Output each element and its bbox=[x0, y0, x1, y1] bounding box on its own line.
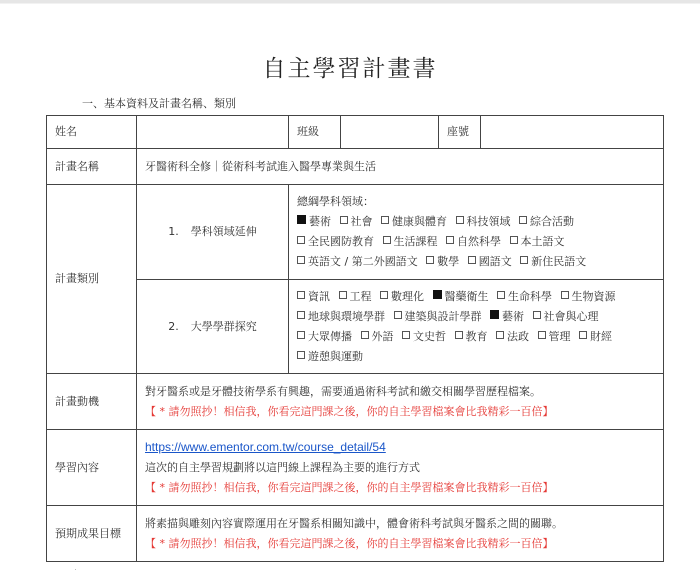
checkbox-option[interactable]: 生命科學 bbox=[497, 290, 552, 303]
checkbox-unchecked-icon[interactable] bbox=[519, 216, 527, 224]
options-line-1-3: 英語文 / 第二外國語文 數學 國語文 新住民語文 bbox=[297, 252, 655, 272]
checkbox-checked-icon[interactable] bbox=[297, 215, 306, 224]
checkbox-unchecked-icon[interactable] bbox=[426, 256, 434, 264]
plan-name-value[interactable]: 牙醫術科全修｜從術科考試進入醫學專業與生活 bbox=[137, 149, 664, 185]
checkbox-option[interactable]: 醫藥衛生 bbox=[433, 290, 489, 303]
plan-category-row-2: 2.大學學群探究 資訊 工程 數理化 醫藥衛生 生命科學 生物資源 地球與環境學… bbox=[47, 280, 664, 374]
checkbox-unchecked-icon[interactable] bbox=[383, 236, 391, 244]
checkbox-option[interactable]: 管理 bbox=[538, 330, 571, 343]
subject-domain-options: 總綱學科領域： 藝術 社會 健康與體育 科技領域 綜合活動 全民國防教育 生活課… bbox=[289, 185, 664, 280]
checkbox-option[interactable]: 生活課程 bbox=[383, 235, 438, 248]
checkbox-checked-icon[interactable] bbox=[433, 290, 442, 299]
checkbox-option[interactable]: 教育 bbox=[455, 330, 488, 343]
checkbox-unchecked-icon[interactable] bbox=[579, 331, 587, 339]
class-label: 班級 bbox=[289, 116, 341, 149]
motivation-row: 計畫動機 對牙醫系或是牙體技術學系有興趣，需要通過術科考試和繳交相關學習歷程檔案… bbox=[47, 374, 664, 430]
checkbox-option[interactable]: 綜合活動 bbox=[519, 215, 574, 228]
category-option-1: 1.學科領域延伸 bbox=[137, 185, 289, 280]
plan-category-label: 計畫類別 bbox=[47, 185, 137, 374]
expected-outcome-note: 【 * 請勿照抄！相信我，你看完這門課之後，你的自主學習檔案會比我精彩一百倍】 bbox=[145, 534, 655, 554]
checkbox-unchecked-icon[interactable] bbox=[446, 236, 454, 244]
checkbox-unchecked-icon[interactable] bbox=[381, 216, 389, 224]
checkbox-unchecked-icon[interactable] bbox=[297, 291, 305, 299]
checkbox-unchecked-icon[interactable] bbox=[533, 311, 541, 319]
checkbox-option[interactable]: 外語 bbox=[361, 330, 394, 343]
checkbox-checked-icon[interactable] bbox=[490, 310, 499, 319]
document-title: 自主學習計畫書 bbox=[0, 50, 700, 83]
checkbox-option[interactable]: 資訊 bbox=[297, 290, 330, 303]
checkbox-unchecked-icon[interactable] bbox=[394, 311, 402, 319]
learning-content-label: 學習內容 bbox=[47, 430, 137, 506]
checkbox-option[interactable]: 文史哲 bbox=[402, 330, 446, 343]
seat-field[interactable] bbox=[481, 116, 664, 149]
checkbox-unchecked-icon[interactable] bbox=[339, 291, 347, 299]
checkbox-option[interactable]: 全民國防教育 bbox=[297, 235, 374, 248]
checkbox-unchecked-icon[interactable] bbox=[496, 331, 504, 339]
category-option-name: 大學學群探究 bbox=[191, 320, 257, 333]
learning-content-row: 學習內容 https://www.ementor.com.tw/course_d… bbox=[47, 430, 664, 506]
checkbox-option[interactable]: 大眾傳播 bbox=[297, 330, 352, 343]
name-field[interactable] bbox=[137, 116, 289, 149]
checkbox-unchecked-icon[interactable] bbox=[340, 216, 348, 224]
plan-name-row: 計畫名稱 牙醫術科全修｜從術科考試進入醫學專業與生活 bbox=[47, 149, 664, 185]
learning-content-text: 這次的自主學習規劃將以這門線上課程為主要的進行方式 bbox=[145, 458, 655, 478]
options-line-1-1: 藝術 社會 健康與體育 科技領域 綜合活動 bbox=[297, 212, 655, 232]
checkbox-unchecked-icon[interactable] bbox=[380, 291, 388, 299]
options-line-2-4: 遊憩與運動 bbox=[297, 347, 655, 367]
checkbox-unchecked-icon[interactable] bbox=[456, 216, 464, 224]
checkbox-option[interactable]: 藝術 bbox=[297, 215, 331, 228]
checkbox-unchecked-icon[interactable] bbox=[520, 256, 528, 264]
checkbox-option[interactable]: 生物資源 bbox=[561, 290, 616, 303]
category-option-name: 學科領域延伸 bbox=[191, 225, 257, 238]
plan-form-table: 姓名 班級 座號 計畫名稱 牙醫術科全修｜從術科考試進入醫學專業與生活 計畫類別… bbox=[46, 115, 664, 562]
plan-category-row-1: 計畫類別 1.學科領域延伸 總綱學科領域： 藝術 社會 健康與體育 科技領域 綜… bbox=[47, 185, 664, 280]
motivation-cell[interactable]: 對牙醫系或是牙體技術學系有興趣，需要通過術科考試和繳交相關學習歷程檔案。 【 *… bbox=[137, 374, 664, 430]
checkbox-option[interactable]: 財經 bbox=[579, 330, 612, 343]
checkbox-option[interactable]: 數理化 bbox=[380, 290, 424, 303]
course-link[interactable]: https://www.ementor.com.tw/course_detail… bbox=[145, 440, 386, 454]
checkbox-option[interactable]: 自然科學 bbox=[446, 235, 501, 248]
checkbox-unchecked-icon[interactable] bbox=[561, 291, 569, 299]
top-toolbar-edge bbox=[0, 0, 700, 4]
checkbox-unchecked-icon[interactable] bbox=[455, 331, 463, 339]
checkbox-unchecked-icon[interactable] bbox=[297, 256, 305, 264]
motivation-label: 計畫動機 bbox=[47, 374, 137, 430]
checkbox-unchecked-icon[interactable] bbox=[361, 331, 369, 339]
plan-name-label: 計畫名稱 bbox=[47, 149, 137, 185]
checkbox-option[interactable]: 健康與體育 bbox=[381, 215, 447, 228]
checkbox-unchecked-icon[interactable] bbox=[297, 236, 305, 244]
checkbox-option[interactable]: 法政 bbox=[496, 330, 529, 343]
learning-content-cell[interactable]: https://www.ementor.com.tw/course_detail… bbox=[137, 430, 664, 506]
checkbox-option[interactable]: 國語文 bbox=[468, 255, 512, 268]
checkbox-option[interactable]: 數學 bbox=[426, 255, 459, 268]
checkbox-option[interactable]: 建築與設計學群 bbox=[394, 310, 482, 323]
checkbox-option[interactable]: 英語文 / 第二外國語文 bbox=[297, 255, 418, 268]
checkbox-option[interactable]: 社會與心理 bbox=[533, 310, 599, 323]
category-option-2: 2.大學學群探究 bbox=[137, 280, 289, 374]
options-line-2-3: 大眾傳播 外語 文史哲 教育 法政 管理 財經 bbox=[297, 327, 655, 347]
checkbox-unchecked-icon[interactable] bbox=[497, 291, 505, 299]
options-line-1-2: 全民國防教育 生活課程 自然科學 本土語文 bbox=[297, 232, 655, 252]
checkbox-unchecked-icon[interactable] bbox=[538, 331, 546, 339]
basic-info-row: 姓名 班級 座號 bbox=[47, 116, 664, 149]
checkbox-option[interactable]: 本土語文 bbox=[510, 235, 565, 248]
checkbox-unchecked-icon[interactable] bbox=[468, 256, 476, 264]
checkbox-unchecked-icon[interactable] bbox=[510, 236, 518, 244]
options-line-2-2: 地球與環境學群 建築與設計學群 藝術 社會與心理 bbox=[297, 307, 655, 327]
checkbox-option[interactable]: 新住民語文 bbox=[520, 255, 586, 268]
cursor-mark bbox=[75, 569, 76, 570]
category-option-number: 2. bbox=[168, 320, 179, 333]
checkbox-option[interactable]: 藝術 bbox=[490, 310, 524, 323]
motivation-note: 【 * 請勿照抄！相信我，你看完這門課之後，你的自主學習檔案會比我精彩一百倍】 bbox=[145, 402, 655, 422]
learning-content-note: 【 * 請勿照抄！相信我，你看完這門課之後，你的自主學習檔案會比我精彩一百倍】 bbox=[145, 478, 655, 498]
section-heading: 一、基本資料及計畫名稱、類別 bbox=[82, 95, 236, 111]
expected-outcome-text: 將素描與雕刻內容實際運用在牙醫系相關知識中，體會術科考試與牙醫系之間的關聯。 bbox=[145, 514, 655, 534]
category-option-number: 1. bbox=[168, 225, 179, 238]
seat-label: 座號 bbox=[439, 116, 481, 149]
checkbox-unchecked-icon[interactable] bbox=[297, 311, 305, 319]
checkbox-option[interactable]: 科技領域 bbox=[456, 215, 511, 228]
expected-outcome-label: 預期成果目標 bbox=[47, 506, 137, 562]
subject-domain-heading: 總綱學科領域： bbox=[297, 192, 655, 212]
options-line-2-1: 資訊 工程 數理化 醫藥衛生 生命科學 生物資源 bbox=[297, 287, 655, 307]
checkbox-unchecked-icon[interactable] bbox=[297, 331, 305, 339]
checkbox-option[interactable]: 工程 bbox=[339, 290, 372, 303]
checkbox-unchecked-icon[interactable] bbox=[297, 351, 305, 359]
motivation-text: 對牙醫系或是牙體技術學系有興趣，需要通過術科考試和繳交相關學習歷程檔案。 bbox=[145, 382, 655, 402]
checkbox-option[interactable]: 遊憩與運動 bbox=[297, 350, 363, 363]
checkbox-option[interactable]: 地球與環境學群 bbox=[297, 310, 385, 323]
university-group-options: 資訊 工程 數理化 醫藥衛生 生命科學 生物資源 地球與環境學群 建築與設計學群… bbox=[289, 280, 664, 374]
checkbox-unchecked-icon[interactable] bbox=[402, 331, 410, 339]
expected-outcome-row: 預期成果目標 將素描與雕刻內容實際運用在牙醫系相關知識中，體會術科考試與牙醫系之… bbox=[47, 506, 664, 562]
class-field[interactable] bbox=[341, 116, 439, 149]
expected-outcome-cell[interactable]: 將素描與雕刻內容實際運用在牙醫系相關知識中，體會術科考試與牙醫系之間的關聯。 【… bbox=[137, 506, 664, 562]
checkbox-option[interactable]: 社會 bbox=[340, 215, 373, 228]
name-label: 姓名 bbox=[47, 116, 137, 149]
